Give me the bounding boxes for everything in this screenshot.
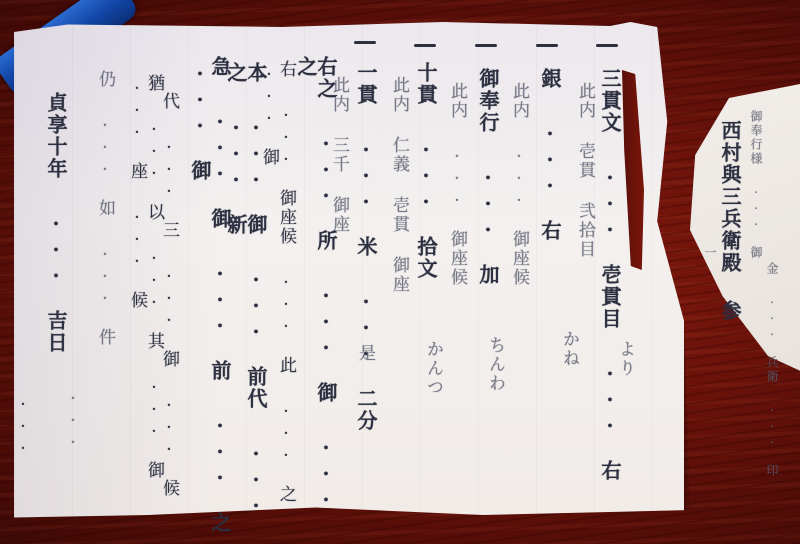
doc-column-2: 此内 壱貫 弐拾目 — [576, 82, 593, 259]
lower-note: かんつ — [424, 340, 441, 397]
item-marker — [354, 41, 376, 44]
fragment-side-note: 金 ... 兵衛 ... 印 — [766, 262, 778, 478]
date-line: 貞享十年 ... 吉日 — [46, 92, 66, 354]
doc-column-14: 急 ... 御 ... 前 ... 之 ... 御 — [190, 56, 230, 544]
doc-column-5: 御奉行 ... 加 — [478, 68, 498, 286]
doc-column-9: 一貫 ... 米 ... 二分 — [356, 62, 376, 432]
doc-column-16: 猶 ... 以 ... 其 ... 御 ... 座 ... 候 — [128, 74, 162, 544]
doc-column-1: 三貫文 ... 壱貫目 ... 右 — [600, 68, 620, 482]
lower-note: 是 — [356, 344, 373, 363]
doc-column-11: 右之 ... 所 ... 御 ... 之 — [296, 56, 336, 544]
doc-column-4: 此内 ... 御座候 — [510, 82, 527, 287]
signature: ... — [14, 390, 31, 456]
doc-column-8: 此内 仁義 壱貫 御座 — [390, 76, 407, 294]
item-marker — [414, 44, 436, 47]
address-fragment — [690, 80, 800, 380]
signature: ... — [64, 384, 81, 450]
doc-column-3: 銀 ... 右 — [540, 68, 560, 242]
doc-column-6: 此内 ... 御座候 — [448, 82, 465, 287]
lower-note: より — [616, 340, 633, 378]
doc-column-13: 本 ... 御 ... 前代 ... 之 ... 新 — [226, 62, 266, 544]
item-marker — [536, 44, 558, 47]
fragment-annotation: 御奉行様 ... 御 — [750, 110, 762, 260]
item-marker — [475, 44, 497, 47]
item-marker — [596, 44, 618, 47]
addressee: 西村與三兵衛殿 参 — [720, 120, 740, 322]
fragment-bottom-note: 一 — [704, 246, 716, 260]
doc-column-7: 十貫 ... 拾文 — [416, 62, 436, 280]
lower-note: かね — [560, 330, 577, 368]
doc-column-17: 仍 ... 如 ... 件 — [96, 70, 113, 347]
lower-note: ちんわ — [486, 336, 503, 393]
